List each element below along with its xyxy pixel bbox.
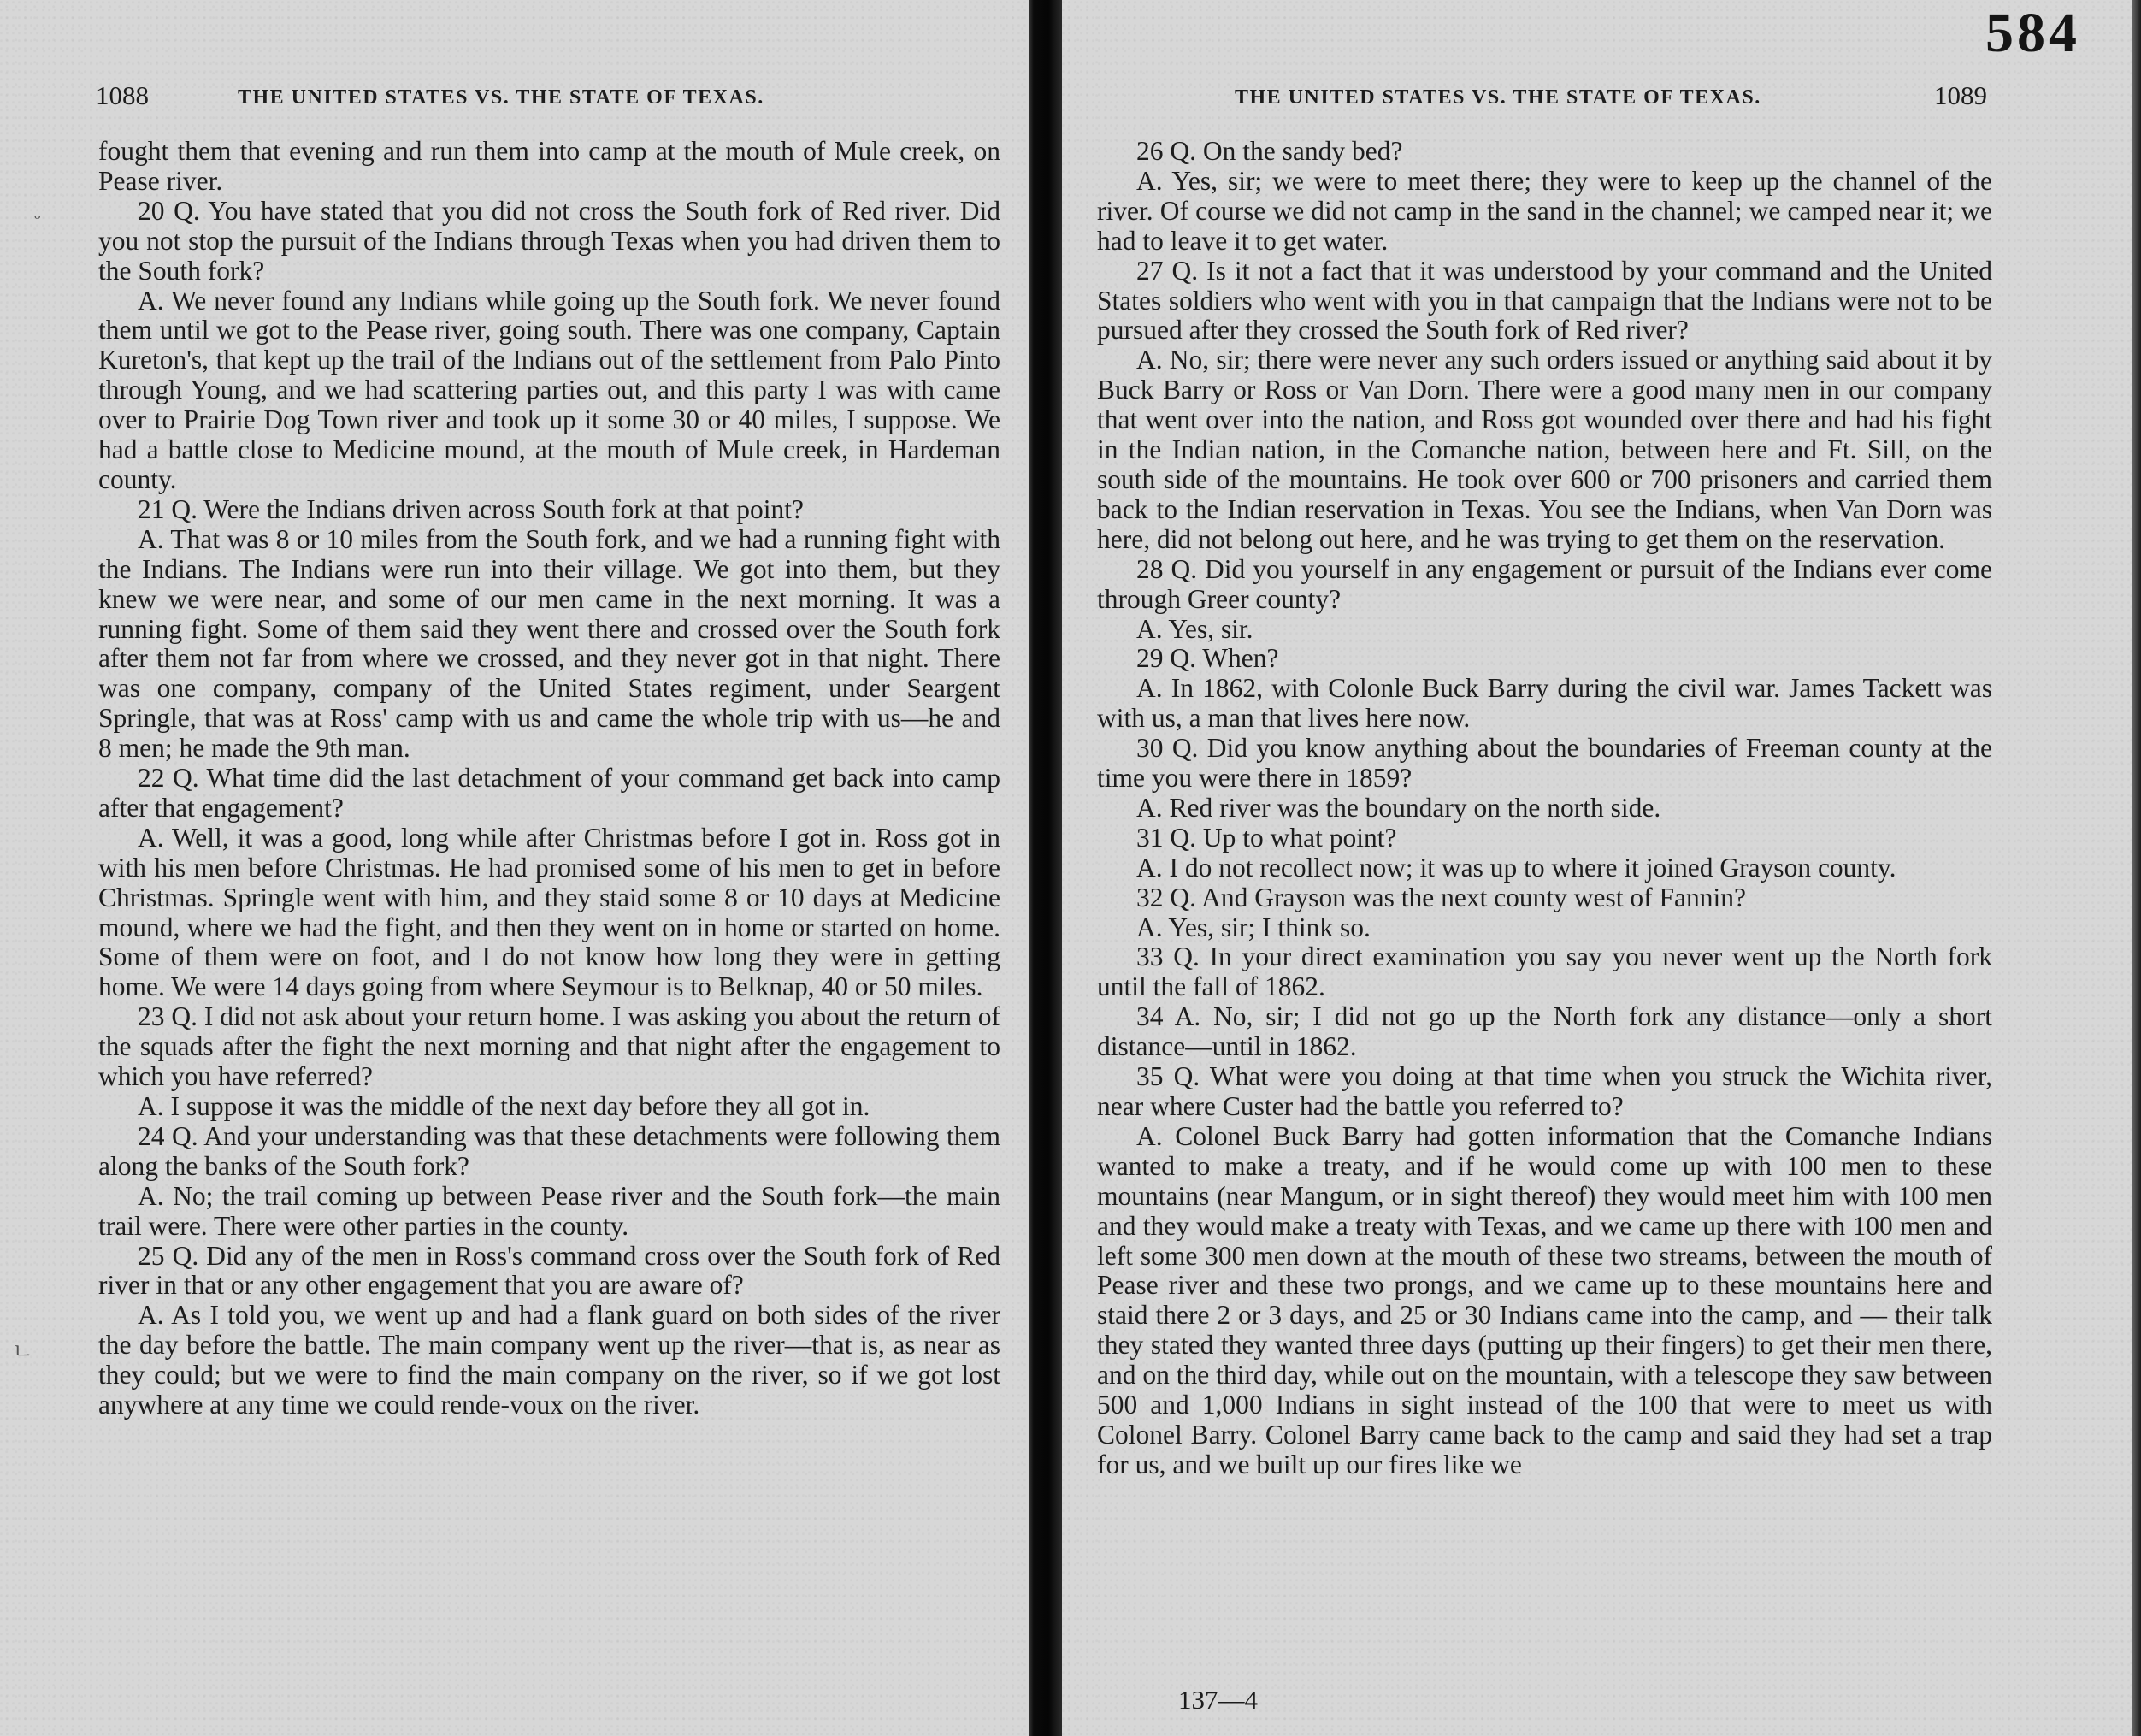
testimony-paragraph: A. Yes, sir; I think so. [1097, 913, 1992, 943]
testimony-paragraph: 34 A. No, sir; I did not go up the North… [1097, 1002, 1992, 1062]
testimony-paragraph: 23 Q. I did not ask about your return ho… [98, 1002, 1000, 1092]
testimony-paragraph: 32 Q. And Grayson was the next county we… [1097, 883, 1992, 913]
testimony-paragraph: 26 Q. On the sandy bed? [1097, 137, 1992, 167]
left-page: 1088 THE UNITED STATES VS. THE STATE OF … [0, 0, 1029, 1736]
testimony-paragraph: 20 Q. You have stated that you did not c… [98, 197, 1000, 286]
testimony-paragraph: A. I suppose it was the middle of the ne… [98, 1092, 1000, 1122]
archive-stamp-number: 584 [1985, 2, 2080, 65]
testimony-paragraph: A. No; the trail coming up between Pease… [98, 1182, 1000, 1242]
testimony-paragraph: A. I do not recollect now; it was up to … [1097, 853, 1992, 883]
right-text-column: 26 Q. On the sandy bed?A. Yes, sir; we w… [1097, 137, 1992, 1480]
signature-mark: 137—4 [1178, 1683, 1258, 1717]
testimony-paragraph: A. Red river was the boundary on the nor… [1097, 794, 1992, 824]
testimony-paragraph: A. Yes, sir. [1097, 615, 1992, 645]
testimony-paragraph: A. Well, it was a good, long while after… [98, 824, 1000, 1002]
testimony-paragraph: A. Colonel Buck Barry had gotten informa… [1097, 1122, 1992, 1480]
left-running-head: THE UNITED STATES VS. THE STATE OF TEXAS… [238, 82, 764, 113]
testimony-paragraph: 25 Q. Did any of the men in Ross's comma… [98, 1242, 1000, 1302]
testimony-paragraph: A. Yes, sir; we were to meet there; they… [1097, 167, 1992, 257]
testimony-paragraph: 21 Q. Were the Indians driven across Sou… [98, 495, 1000, 525]
testimony-paragraph: A. No, sir; there were never any such or… [1097, 345, 1992, 554]
book-gutter [1029, 0, 1062, 1736]
left-page-number: 1088 [96, 79, 149, 113]
testimony-paragraph: A. As I told you, we went up and had a f… [98, 1301, 1000, 1420]
testimony-paragraph: A. That was 8 or 10 miles from the South… [98, 525, 1000, 764]
testimony-paragraph: A. In 1862, with Colonle Buck Barry duri… [1097, 674, 1992, 734]
testimony-paragraph: 22 Q. What time did the last detachment … [98, 764, 1000, 824]
testimony-paragraph: 35 Q. What were you doing at that time w… [1097, 1062, 1992, 1122]
testimony-paragraph: A. We never found any Indians while goin… [98, 286, 1000, 495]
testimony-paragraph: 29 Q. When? [1097, 644, 1992, 674]
right-running-head: THE UNITED STATES VS. THE STATE OF TEXAS… [1235, 82, 1761, 113]
right-page-number: 1089 [1934, 79, 1987, 113]
testimony-paragraph: 31 Q. Up to what point? [1097, 824, 1992, 853]
left-text-column: fought them that evening and run them in… [98, 137, 1000, 1420]
testimony-paragraph: 27 Q. Is it not a fact that it was under… [1097, 257, 1992, 346]
page-edge [2132, 0, 2141, 1736]
margin-mark: ㄴ [12, 1334, 33, 1366]
margin-mark: ᵕ [34, 205, 41, 231]
testimony-paragraph: fought them that evening and run them in… [98, 137, 1000, 197]
testimony-paragraph: 33 Q. In your direct examination you say… [1097, 942, 1992, 1002]
testimony-paragraph: 24 Q. And your understanding was that th… [98, 1122, 1000, 1182]
testimony-paragraph: 30 Q. Did you know anything about the bo… [1097, 734, 1992, 794]
testimony-paragraph: 28 Q. Did you yourself in any engagement… [1097, 555, 1992, 615]
